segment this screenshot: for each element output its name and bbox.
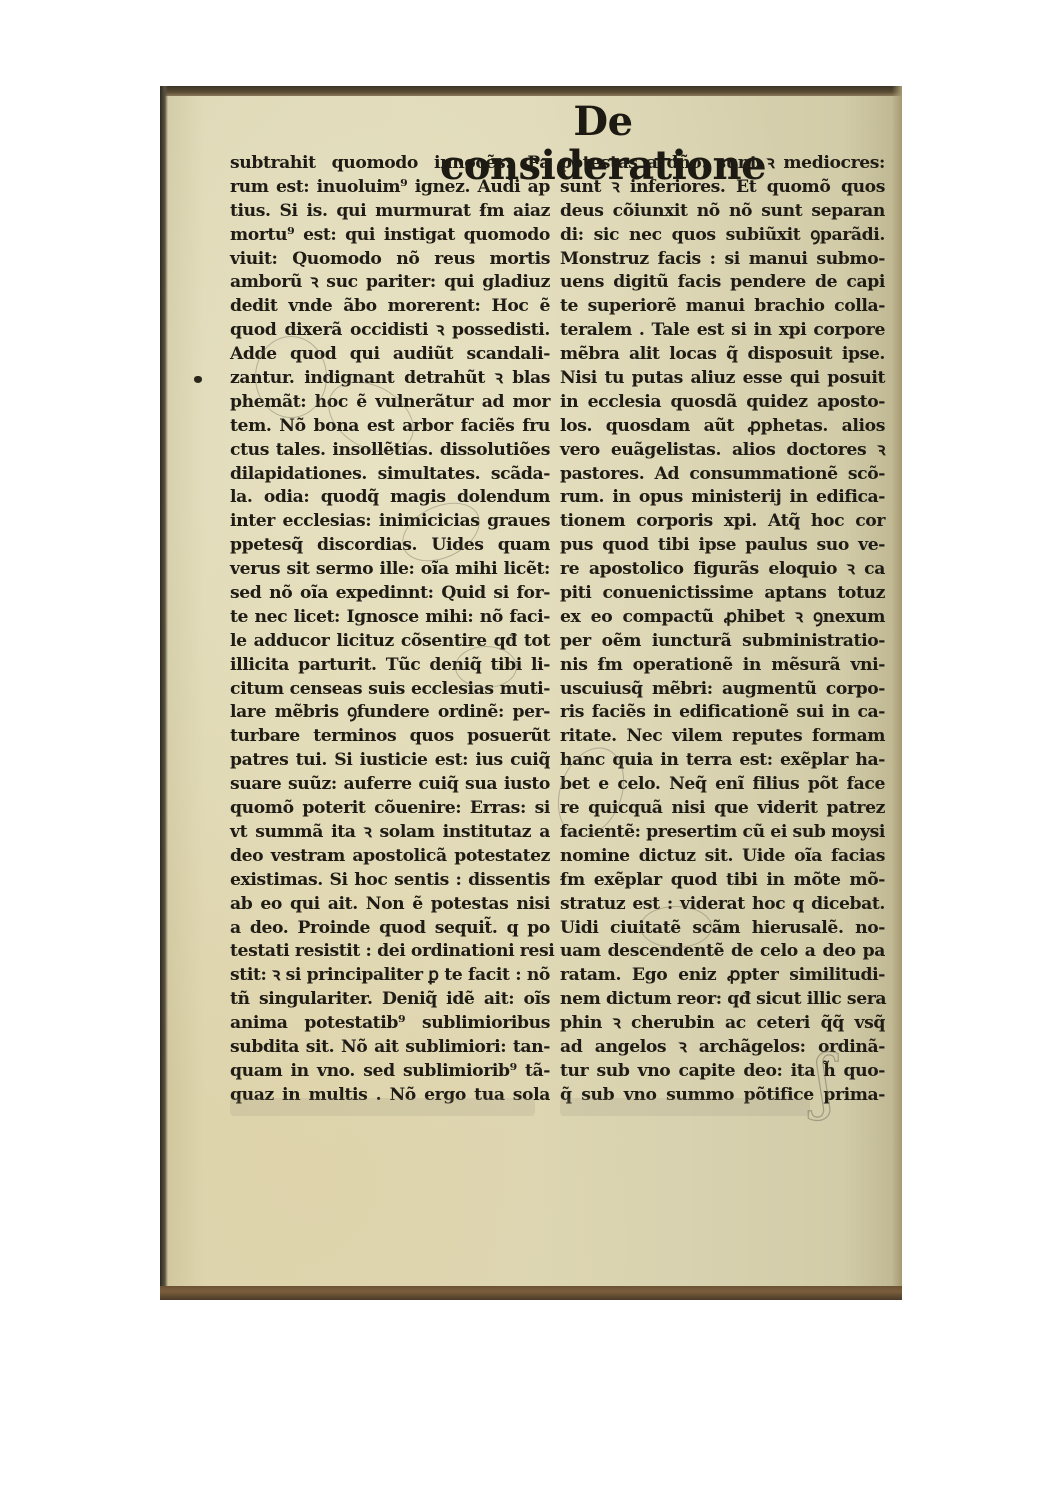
text-line: rum est: inuoluim⁹ ignez. Audi ap bbox=[230, 176, 550, 200]
text-line: ab eo qui ait. Non ẽ potestas nisi bbox=[230, 893, 550, 917]
text-line: suare suũz: auferre cuiq̃ sua iusto bbox=[230, 773, 550, 797]
text-line: teralem . Tale est si in xpi corpore bbox=[560, 319, 885, 343]
text-line: deus cõiunxit nõ nõ sunt separan bbox=[560, 200, 885, 224]
text-line: ppetesq̃ discordias. Uides quam bbox=[230, 534, 550, 558]
text-line: nomine dictuz sit. Uide oĩa facias bbox=[560, 845, 885, 869]
text-line: turbare terminos quos posuerũt bbox=[230, 725, 550, 749]
text-line: zantur. indignant detrahũt ꝛ blas bbox=[230, 367, 550, 391]
text-line: potestas a dño: sunt ꝛ mediocres: bbox=[560, 152, 885, 176]
text-line: hanc quia in terra est: exẽplar ha- bbox=[560, 749, 885, 773]
text-line: re quicquã nisi que viderit patrez bbox=[560, 797, 885, 821]
text-line: testati resistit : dei ordinationi resi bbox=[230, 940, 550, 964]
text-line: bet e celo. Neq̃ enĩ filius põt face bbox=[560, 773, 885, 797]
text-line: uscuiusq̃ mẽbri: augmentũ corpo- bbox=[560, 678, 885, 702]
text-line: tius. Si is. qui murmurat ẜm aiaz bbox=[230, 200, 550, 224]
text-line: tur sub vno capite deo: ita h̃ quo- bbox=[560, 1060, 885, 1084]
text-line: quam in vno. sed sublimiorib⁹ tã- bbox=[230, 1060, 550, 1084]
text-line: tñ singulariter. Deniq̃ idẽ ait: oĩs bbox=[230, 988, 550, 1012]
text-line: la. odia: quodq̃ magis dolendum bbox=[230, 486, 550, 510]
text-line: verus sit sermo ille: oĩa mihi licẽt: bbox=[230, 558, 550, 582]
text-column-right: potestas a dño: sunt ꝛ mediocres: sunt ꝛ… bbox=[560, 152, 885, 1108]
text-line: ctus tales. insollẽtias. dissolutiões bbox=[230, 439, 550, 463]
binding-bottom-edge bbox=[160, 1286, 902, 1300]
text-line: piti conuenictissime aptans totuz bbox=[560, 582, 885, 606]
text-line: sed nõ oĩa expedinnt: Quid si for- bbox=[230, 582, 550, 606]
text-line: te nec licet: Ignosce mihi: nõ faci- bbox=[230, 606, 550, 630]
text-line: phin ꝛ cherubin ac ceteri q̃q̃ vsq̃ bbox=[560, 1012, 885, 1036]
text-line: quod dixerã occidisti ꝛ possedisti. bbox=[230, 319, 550, 343]
text-line: ratam. Ego eniz ꝓpter similitudi- bbox=[560, 964, 885, 988]
text-line: di: sic nec quos subiũxit ꝯparãdi. bbox=[560, 224, 885, 248]
text-line: dedit vnde ãbo morerent: Hoc ẽ bbox=[230, 295, 550, 319]
text-line: tem. Nõ bona est arbor faciẽs fru bbox=[230, 415, 550, 439]
text-line: per oẽm iuncturã subministratio- bbox=[560, 630, 885, 654]
text-line: ris faciẽs in edificationẽ sui in ca- bbox=[560, 701, 885, 725]
text-line: nis ẜm operationẽ in mẽsurã vni- bbox=[560, 654, 885, 678]
text-line: rum. in opus ministerij in edifica- bbox=[560, 486, 885, 510]
text-line: le adducor licituz cõsentire qđ tot bbox=[230, 630, 550, 654]
text-line: pastores. Ad consummationẽ scõ- bbox=[560, 463, 885, 487]
text-line: existimas. Si hoc sentis : dissentis bbox=[230, 869, 550, 893]
text-line: quomõ poterit cõuenire: Erras: si bbox=[230, 797, 550, 821]
text-line: phemãt: hoc ẽ vulnerãtur ad mor bbox=[230, 391, 550, 415]
text-line: facientẽ: presertim cũ ei sub moysi bbox=[560, 821, 885, 845]
text-line: pus quod tibi ipse paulus suo ve- bbox=[560, 534, 885, 558]
text-line: stratuz est : viderat hoc q dicebat. bbox=[560, 893, 885, 917]
text-line: te superiorẽ manui brachio colla- bbox=[560, 295, 885, 319]
text-line: ex eo compactũ ꝓhibet ꝛ ꝯnexum bbox=[560, 606, 885, 630]
scanned-page: De consideratione subtrahit quomodo inno… bbox=[160, 86, 902, 1300]
text-line: vero euãgelistas. alios doctores ꝛ bbox=[560, 439, 885, 463]
text-line: illicita parturit. Tũc deniq̃ tibi li- bbox=[230, 654, 550, 678]
text-line: subtrahit quomodo innocẽs: Pa bbox=[230, 152, 550, 176]
page-right-edge bbox=[892, 86, 902, 1300]
text-line: ritate. Nec vilem reputes formam bbox=[560, 725, 885, 749]
text-line: citum censeas suis ecclesias muti- bbox=[230, 678, 550, 702]
text-line: Monstruz facis : si manui submo- bbox=[560, 248, 885, 272]
text-line: mẽbra alit locas q̃ disposuit ipse. bbox=[560, 343, 885, 367]
text-line: subdita sit. Nõ ait sublimiori: tan- bbox=[230, 1036, 550, 1060]
text-line: Uidi ciuitatẽ scãm hierusalẽ. no- bbox=[560, 917, 885, 941]
text-column-left: subtrahit quomodo innocẽs: Pa rum est: i… bbox=[230, 152, 550, 1108]
text-line: ẜm exẽplar quod tibi in mõte mõ- bbox=[560, 869, 885, 893]
text-line: patres tui. Si iusticie est: ius cuiq̃ bbox=[230, 749, 550, 773]
text-line: los. quosdam aũt ꝓphetas. alios bbox=[560, 415, 885, 439]
text-line: mortu⁹ est: qui instigat quomodo bbox=[230, 224, 550, 248]
text-line: ad angelos ꝛ archãgelos: ordinã- bbox=[560, 1036, 885, 1060]
text-line: inter ecclesias: inimicicias graues bbox=[230, 510, 550, 534]
text-line: Nisi tu putas aliuz esse qui posuit bbox=[560, 367, 885, 391]
text-line: in ecclesia quosdã quidez aposto- bbox=[560, 391, 885, 415]
text-line: stit: ꝛ si principaliter ꝑ te facit : nõ bbox=[230, 964, 550, 988]
binding-top-edge bbox=[160, 86, 902, 96]
text-line: sunt ꝛ inferiores. Et quomõ quos bbox=[560, 176, 885, 200]
text-line: anima potestatib⁹ sublimioribus bbox=[230, 1012, 550, 1036]
text-line: uam descendentẽ de celo a deo pa bbox=[560, 940, 885, 964]
page-left-edge bbox=[160, 86, 168, 1300]
text-line: vt summã ita ꝛ solam institutaz a bbox=[230, 821, 550, 845]
text-line: a deo. Proinde quod sequit̃. q po bbox=[230, 917, 550, 941]
text-line: nem dictum reor: qđ sicut illic sera bbox=[560, 988, 885, 1012]
show-through-ghost-right bbox=[560, 1098, 810, 1116]
text-line: tionem corporis xpi. Atq̃ hoc cor bbox=[560, 510, 885, 534]
text-line: deo vestram apostolicã potestatez bbox=[230, 845, 550, 869]
show-through-ghost-left bbox=[230, 1098, 535, 1116]
margin-dot-mark-icon bbox=[194, 376, 202, 383]
text-line: dilapidationes. simultates. scãda- bbox=[230, 463, 550, 487]
text-line: uens digitũ facis pendere de capi bbox=[560, 271, 885, 295]
text-line: viuit: Quomodo nõ reus mortis bbox=[230, 248, 550, 272]
text-line: re apostolico figurãs eloquio ꝛ ca bbox=[560, 558, 885, 582]
text-line: lare mẽbris ꝯfundere ordinẽ: per- bbox=[230, 701, 550, 725]
text-line: amborũ ꝛ suc pariter: qui gladiuz bbox=[230, 271, 550, 295]
text-line: Adde quod qui audiũt scandali- bbox=[230, 343, 550, 367]
